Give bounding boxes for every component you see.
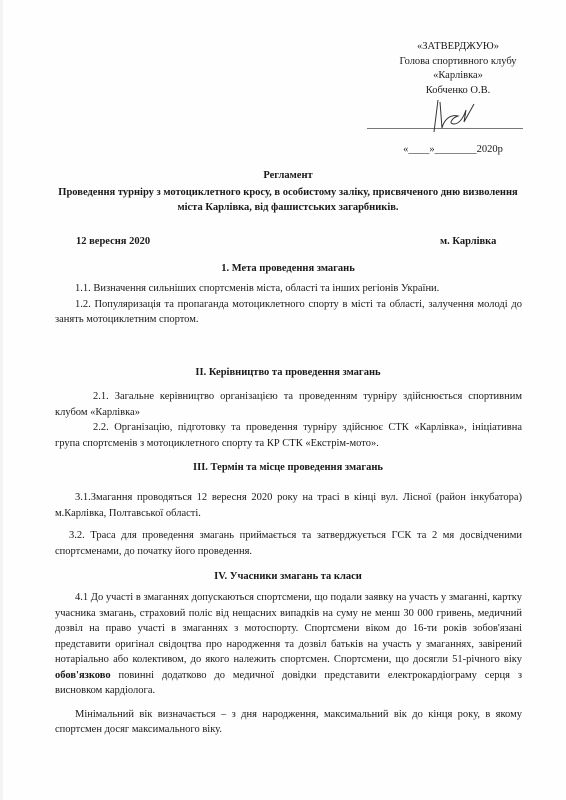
paragraph-4-2: Мінімальний вік визначається – з дня нар…	[55, 707, 522, 738]
paragraph-4-1: 4.1 До участі в змаганнях допускаються с…	[55, 590, 522, 699]
paragraph-3-1: 3.1.Змагання проводяться 12 вересня 2020…	[55, 490, 522, 521]
approval-block: «ЗАТВЕРДЖУЮ» Голова спортивного клубу «К…	[373, 40, 543, 98]
section-4-body: 4.1 До участі в змаганнях допускаються с…	[55, 590, 522, 738]
section-3-body: 3.1.Змагання проводяться 12 вересня 2020…	[55, 490, 522, 559]
approval-position: Голова спортивного клубу	[373, 55, 543, 70]
paragraph-2-1: 2.1. Загальне керівництво організацією т…	[55, 389, 522, 420]
paragraph-1-2: 1.2. Популяризація та пропаганда мотоцик…	[55, 297, 522, 328]
approval-title: «ЗАТВЕРДЖУЮ»	[373, 40, 543, 55]
document-page: «ЗАТВЕРДЖУЮ» Голова спортивного клубу «К…	[0, 0, 566, 800]
document-type: Регламент	[48, 170, 528, 181]
paragraph-1-1: 1.1. Визначення сильніших спортсменів мі…	[55, 281, 522, 297]
approval-name: Кобченко О.В.	[373, 84, 543, 99]
document-place: м. Карлівка	[440, 236, 496, 247]
section-3-heading: ІІІ. Термін та місце проведення змагань	[48, 462, 528, 473]
section-2-heading: ІІ. Керівництво та проведення змагань	[48, 367, 528, 378]
section-2-body: 2.1. Загальне керівництво організацією т…	[55, 389, 522, 451]
section-1-body: 1.1. Визначення сильніших спортсменів мі…	[55, 281, 522, 328]
approval-date: «____»________2020р	[373, 143, 533, 158]
section-1-heading: 1. Мета проведення змагань	[48, 263, 528, 274]
paragraph-3-2: 3.2. Траса для проведення змагань прийма…	[55, 528, 522, 559]
document-date: 12 вересня 2020	[76, 236, 150, 247]
emphasis-mandatory: обов'язково	[55, 670, 111, 681]
document-title: Проведення турніру з мотоциклетного крос…	[48, 185, 528, 215]
signature-icon	[430, 98, 480, 134]
approval-club: «Карлівка»	[373, 69, 543, 84]
paragraph-2-2: 2.2. Організацію, підготовку та проведен…	[55, 420, 522, 451]
section-4-heading: ІV. Учасники змагань та класи	[48, 571, 528, 582]
